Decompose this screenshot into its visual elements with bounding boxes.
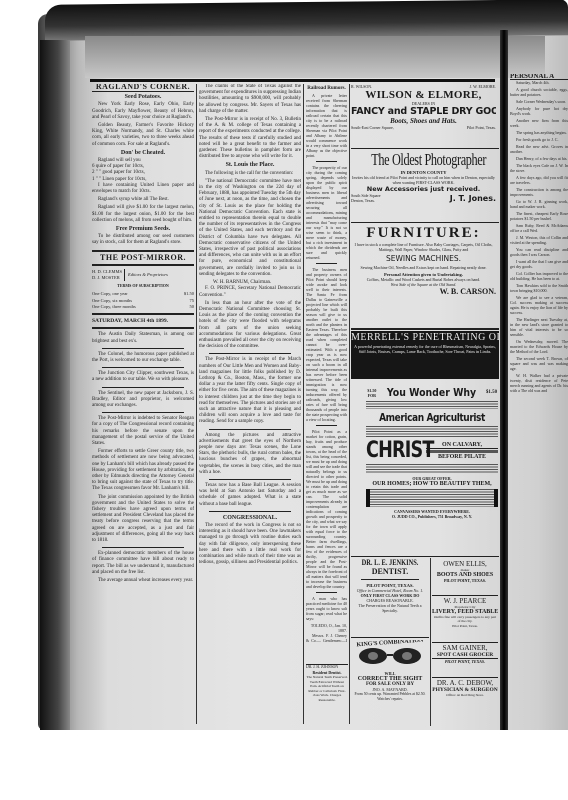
divider xyxy=(102,367,184,368)
news-item: The Austin Daily Statesman, is among our… xyxy=(92,332,194,344)
accessories-text: New Accessories just received. xyxy=(351,185,496,193)
be-cheated-heading: Don' be Cheated. xyxy=(92,150,194,156)
news-item: The average annual wheat increases every… xyxy=(92,578,194,584)
ellis-town: PILOT POINT, TEXAS. xyxy=(432,578,498,583)
column-1: RAGLAND'S CORNER. Seed Potatoes. New Yor… xyxy=(92,84,194,729)
wilson-elmore-title: WILSON & ELMORE, xyxy=(351,89,496,101)
divider xyxy=(316,161,337,162)
gainer-title: SPOT CASH GROCER xyxy=(432,652,498,659)
wilson-elmore-ad: R. WILSON. J. W. ELMORE. WILSON & ELMORE… xyxy=(351,84,496,146)
price-label: $1.50 FOR xyxy=(367,388,377,398)
column-2: The claims of the State of Texas against… xyxy=(199,84,301,729)
st-louis-intro: The following is the call for the conven… xyxy=(199,171,301,177)
pearce-text: Outfits fine will carry passengers to an… xyxy=(432,615,498,624)
corn-text: Golden Beauty, Farmer's Favorite Hickory… xyxy=(92,123,194,148)
page-top-rule xyxy=(90,79,495,82)
jenkins-dentist-ad: DR. L. E. JENKINS. DENTIST. PILOT POINT,… xyxy=(351,558,429,636)
divider xyxy=(316,263,337,264)
ad-divider xyxy=(432,677,498,678)
sam-gainer-ad: SAM GAINER, SPOT CASH GROCER PILOT POINT… xyxy=(432,644,498,676)
boots-shoes-hats: Boots, Shoes and Hats. xyxy=(351,117,496,125)
personal-item: Go to W. J. R. ginning work, hand and ma… xyxy=(510,199,568,209)
personal-item: Dan Henry, of a few days at his. xyxy=(510,156,568,161)
on-calvary: ON CALVARY, xyxy=(426,442,498,449)
column-rule xyxy=(349,84,350,724)
news-item: The Colonel, the humorous paper publishe… xyxy=(92,352,194,364)
convention-text: In less than an hour after the vote of t… xyxy=(199,301,301,351)
personal-item: The spring has anything begins. xyxy=(510,130,568,135)
page-fold-shadow xyxy=(500,30,508,730)
letter-place: TOLEDO, O., Jan. 10, 1887. xyxy=(306,623,347,633)
photographer-name: J. T. Jones. xyxy=(450,194,496,203)
ad-divider xyxy=(351,148,499,149)
column-rule xyxy=(196,84,197,724)
johnson-dentist-ad: DR. J. H. JOHNSON Resident Dentist. The … xyxy=(306,664,348,725)
fine-print xyxy=(366,401,498,409)
ad-divider xyxy=(351,637,429,638)
st-louis-text: "The national Democratic committee have … xyxy=(199,179,301,278)
divider xyxy=(102,412,184,413)
gainer-name: SAM GAINER, xyxy=(432,644,498,652)
personal-column: PERSONAL A Saturday, March 4th. A good c… xyxy=(510,74,568,730)
personal-item: A few days ago, did you will fit are tra… xyxy=(510,175,568,185)
jenkins-title: DENTIST. xyxy=(351,567,429,576)
attractions-text: Among the pictures and attractive advert… xyxy=(199,433,301,476)
personal-item: On Wednesday, moved. The married to the … xyxy=(510,339,568,354)
news-item: The Junction City Clipper, southwest Tex… xyxy=(92,371,194,383)
business-text: The business men and property owners of … xyxy=(306,267,347,422)
prosperity-text: The prosperity of our city during the co… xyxy=(306,165,347,260)
be-cheated-line: I have containing United Linen paper and… xyxy=(92,183,194,195)
jenkins-name: DR. L. E. JENKINS. xyxy=(359,558,421,567)
photographer-address: South Side Square Denton, Texas. xyxy=(351,193,381,203)
sewing-text: Sewing Machine Oil, Needles and Extras k… xyxy=(351,265,496,270)
binding-edge xyxy=(40,40,70,730)
premium-seeds-text: To be distributed among our seed custome… xyxy=(92,234,194,246)
address-line: Denton, Texas. xyxy=(351,198,381,203)
personal-item: W. H. Walker had a private twenty, disti… xyxy=(510,373,568,393)
pearce-livery-ad: W. J. PEARCE Proprietor City LIVERY, FEE… xyxy=(432,597,498,641)
column-rule xyxy=(430,558,431,726)
news-item: Former efforts to settle Greer county ti… xyxy=(92,449,194,492)
column-rule xyxy=(303,84,304,724)
personal-item: I want all the that I can give and get d… xyxy=(510,259,568,269)
christ-sub: ON CALVARY, BEFORE PILATE xyxy=(426,442,498,460)
photographer-ad: The Oldest Photographer IN DENTON COUNTY… xyxy=(351,150,496,220)
congressional-heading: CONGRESSIONAL. xyxy=(199,515,301,521)
agriculturist-title: American Agriculturist xyxy=(378,411,486,424)
congressional-text: The record of the work in Congress is no… xyxy=(199,523,301,566)
personal-item: The black eyes Cafe on J. W. In the stov… xyxy=(510,163,568,173)
letter-text: Messrs. F. J. Cheney & Co.— Gentlemen:—I… xyxy=(306,633,347,644)
our-homes: OUR HOMES; HOW TO BEAUTIFY THEM, xyxy=(366,481,498,487)
location: South-East Corner Square, xyxy=(351,125,394,130)
photographer-footer: South Side Square Denton, Texas. J. T. J… xyxy=(351,193,496,203)
syrup-text: Ragland's syrup white all The Best. xyxy=(92,197,194,203)
fine-print xyxy=(426,450,498,453)
dry-goods-heading: FANCY and STAPLE DRY GOODS, xyxy=(351,106,496,117)
christ-row: CHRIST ON CALVARY, BEFORE PILATE xyxy=(366,440,498,462)
signature: F. O. PRINCE, Secretary National Democra… xyxy=(199,286,301,298)
divider xyxy=(92,264,194,266)
terms-heading: TERMS OF SUBSCRIPTION xyxy=(92,283,194,289)
judd-publisher: O. JUDD CO., Publishers, 751 Broadway, N… xyxy=(366,514,498,519)
divider xyxy=(316,425,337,426)
personal-item: Another new firm from this week. xyxy=(510,118,568,128)
market-text: Pilot Point as a market for cotton, grai… xyxy=(306,429,347,589)
eyeglasses-icon xyxy=(355,646,425,666)
seed-potatoes-heading: Seed Potatoes. xyxy=(92,94,194,100)
personal-item: The Harlinger next Tuesday at, in the ne… xyxy=(510,317,568,337)
ad-divider xyxy=(432,595,498,596)
ellis-name: OWEN ELLIS, xyxy=(432,560,498,568)
debow-name: DR. A. C. DEBOW, xyxy=(432,679,498,687)
fine-print xyxy=(366,489,498,507)
prize-text: Ragland will give $1.00 for the largest … xyxy=(92,205,194,224)
divider xyxy=(316,592,337,593)
owen-ellis-ad: OWEN ELLIS, maker BOOTS AND SHOES PILOT … xyxy=(432,560,498,594)
furniture-title: FURNITURE: xyxy=(351,225,496,242)
personal-item: Read the new advt. Groves in another. xyxy=(510,144,568,154)
divider xyxy=(92,250,194,252)
personal-item: The second week T. Brown, of square and … xyxy=(510,356,568,371)
furniture-owner: W. B. CARSON. xyxy=(351,287,496,296)
railroad-rumors-heading: Railroad Rumors. xyxy=(306,86,347,91)
personal-item: Col. Collier has improved to the old bui… xyxy=(510,271,568,281)
cure-text: A man who has practiced medicine for 40 … xyxy=(306,596,347,621)
debow-office: Office: At Red Drug Store. xyxy=(432,693,498,697)
personal-item: Anybody for pure hot dry Boyd's work. xyxy=(510,106,568,116)
term-price: 50 xyxy=(190,304,195,310)
divider xyxy=(361,579,419,580)
editor-name: D. J. MOSTER xyxy=(92,275,122,281)
merrells-title: MERRELL'S PENETRATING OIL xyxy=(351,331,499,344)
railroad-rumors-column: Railroad Rumors. A private letter receiv… xyxy=(306,84,347,644)
christ-heading: CHRIST xyxy=(366,440,414,462)
ad-divider xyxy=(432,642,498,643)
personal-item: J. M. Weston, this of Collin and visited… xyxy=(510,235,568,245)
editors-role: Editors & Proprietors xyxy=(125,272,168,278)
texas-claims-text: The claims of the State of Texas against… xyxy=(199,84,301,115)
baseball-text: Texas now has a Base Ball League. A sess… xyxy=(199,483,301,508)
johnson-text: The Natural Teeth Preserved. Teeth Extra… xyxy=(306,675,348,702)
price-label: $1.50 xyxy=(486,390,497,395)
pearce-town: Pilot Point, Texas. xyxy=(432,624,498,628)
news-item: The Post-Mirror is indebted to Senator R… xyxy=(92,416,194,447)
news-item: The Sentinel, the new paper at Jacksboro… xyxy=(92,391,194,410)
editors-block: H. D. CLEMMS D. J. MOSTER Editors & Prop… xyxy=(92,269,194,281)
ad-divider xyxy=(351,222,499,223)
personal-item: We are glad to see a veteran, Col. succe… xyxy=(510,295,568,315)
furniture-ad: FURNITURE: I have in stock a complete li… xyxy=(351,225,496,325)
divider xyxy=(209,511,291,512)
personal-item: Tom Hawkins sold to the Smith town bring… xyxy=(510,283,568,293)
personal-item: For fresh goods go to J. C. xyxy=(510,137,568,142)
personal-item: A good church sociable, eggs, butter and… xyxy=(510,87,568,97)
dateline: SATURDAY, MARCH 4th 1899. xyxy=(92,318,194,324)
personal-item: Saturday, March 4th. xyxy=(510,80,568,85)
scan-background xyxy=(0,730,568,800)
divider xyxy=(209,479,291,480)
fine-print xyxy=(366,464,498,474)
gainer-town: PILOT POINT, TEXAS. xyxy=(432,659,498,664)
ad-divider xyxy=(351,328,499,330)
bulletin-text: The Post-Mirror is in receipt of No. 3, … xyxy=(199,117,301,160)
masthead-title: THE POST-MIRROR. xyxy=(92,255,194,261)
personal-item: Sale Corner Wednesday's soon. xyxy=(510,99,568,104)
merrells-oil-ad: MERRELL'S PENETRATING OIL A powerful pen… xyxy=(351,331,499,379)
divider xyxy=(102,348,184,349)
sewing-machines-heading: SEWING MACHINES. xyxy=(351,254,496,263)
town: Pilot Point, Texas. xyxy=(467,125,496,130)
wonder-row: $1.50 FOR You Wonder Why $1.50 xyxy=(366,386,498,399)
personal-item: The finest, cheapest Early Rose potatoes… xyxy=(510,211,568,221)
pearce-name: W. J. PEARCE xyxy=(432,597,498,605)
debow-physician-ad: DR. A. C. DEBOW, PHYSICIAN & SURGEON Off… xyxy=(432,679,498,715)
seed-potatoes-text: New York Early Rose, Early Ohio, Early G… xyxy=(92,102,194,121)
st-louis-heading: St. Louis the Place. xyxy=(199,162,301,168)
personal-item: The construction is among the improvemen… xyxy=(510,187,568,197)
news-item: The joint commission appointed by the Br… xyxy=(92,495,194,545)
personal-item: Sam Ruby, Reed & McAdams office a call W… xyxy=(510,223,568,233)
magazine-text: The Post-Mirror is in receipt of the Mar… xyxy=(199,357,301,425)
before-pilate: BEFORE PILATE xyxy=(426,454,498,460)
divider xyxy=(92,313,194,315)
divider xyxy=(92,327,194,329)
jenkins-preservation: The Preservation of the Natural Teeth a … xyxy=(351,603,429,613)
fine-print xyxy=(366,426,498,438)
spectacles-ad: KING'S COMBINATION WILL CORRECT THE SIGH… xyxy=(351,640,429,720)
furniture-text: I have in stock a complete line of Furni… xyxy=(351,242,496,252)
divider xyxy=(209,353,291,354)
terms-row: One Copy, three months50 xyxy=(92,304,194,310)
divider xyxy=(102,547,184,548)
divider xyxy=(209,429,291,430)
agriculturist-ad: $1.50 FOR You Wonder Why $1.50 American … xyxy=(366,386,498,536)
personal-item: You can read discipline and goods then I… xyxy=(510,247,568,257)
spectacles-text: From 50 cents up. Warranted Pebbles at $… xyxy=(351,692,429,701)
divider xyxy=(102,387,184,388)
page-top-shadow xyxy=(45,0,568,41)
premium-seeds-heading: Free Premium Seeds. xyxy=(92,226,194,232)
merrells-text: A powerful penetrating external remedy f… xyxy=(351,344,499,354)
term-label: One Copy, three months xyxy=(92,304,136,310)
johnson-name: DR. J. H. JOHNSON xyxy=(306,665,338,670)
page-top-fold xyxy=(85,36,545,78)
raglands-corner-heading: RAGLAND'S CORNER. xyxy=(92,84,194,92)
railroad-text: A private letter received from Sherman c… xyxy=(306,93,347,158)
ad-divider xyxy=(351,556,499,557)
wonder-headline: You Wonder Why xyxy=(387,386,476,399)
photographer-text: Invites his old friend at Pilot Point an… xyxy=(351,175,496,185)
news-item: Ex-planned democratic members of the hou… xyxy=(92,551,194,576)
location-row: South-East Corner Square, Pilot Point, T… xyxy=(351,125,496,130)
photographer-title: The Oldest Photographer xyxy=(371,150,475,170)
